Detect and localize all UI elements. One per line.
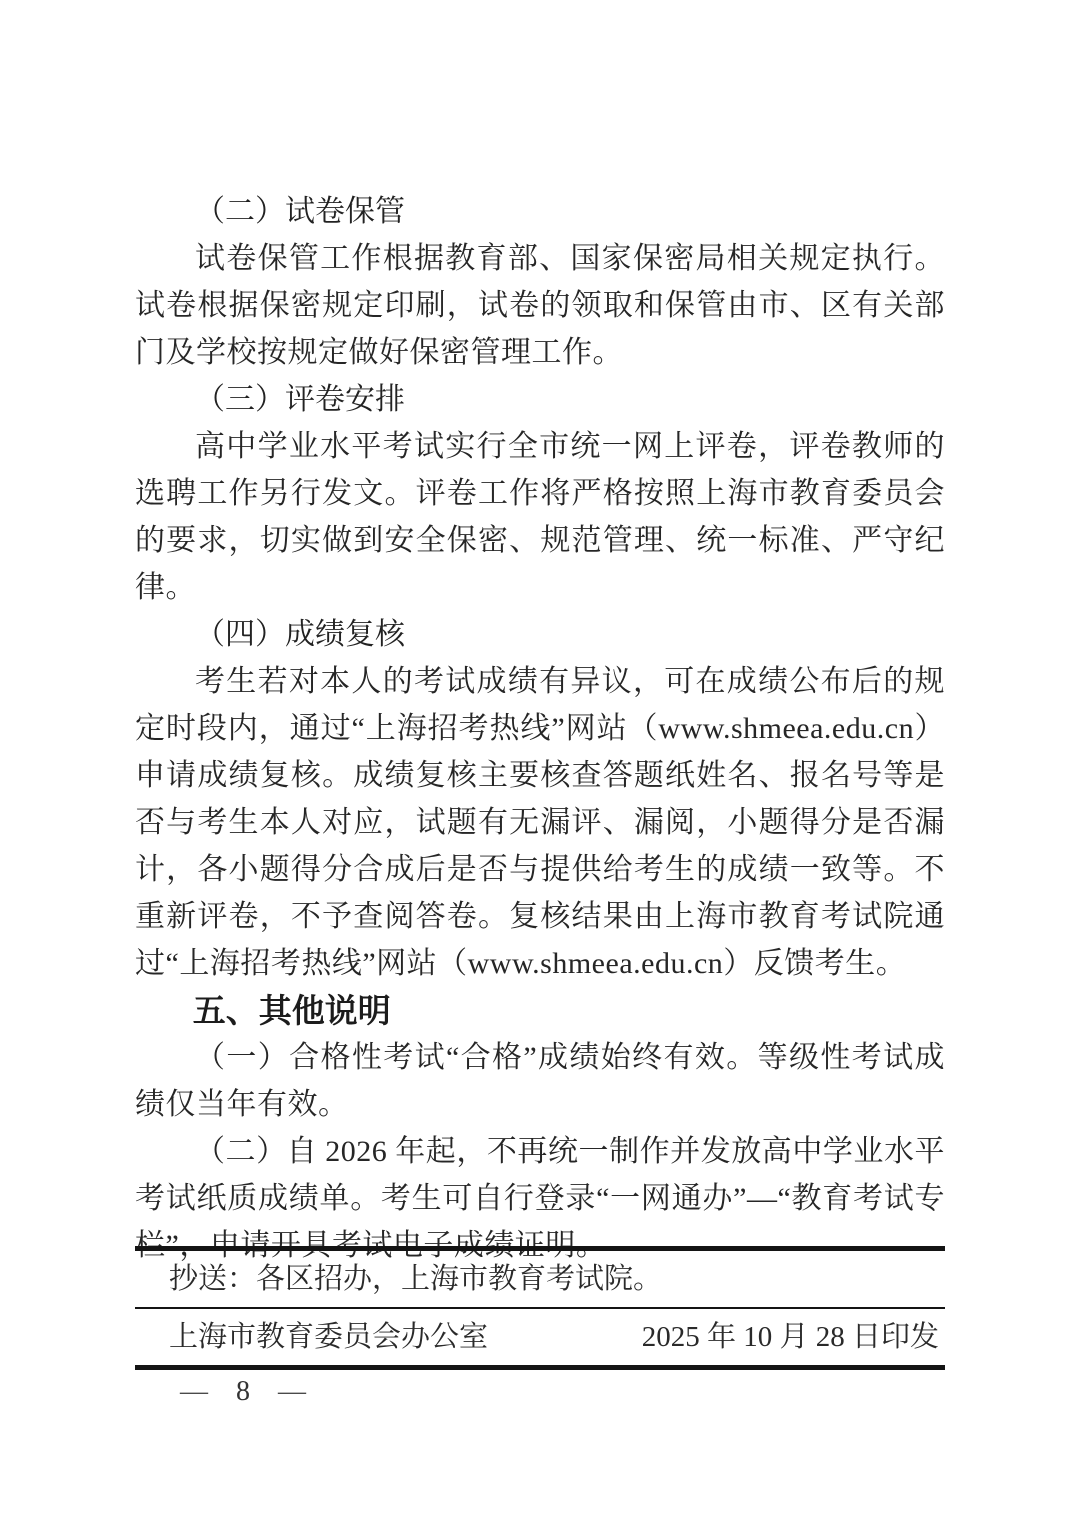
page-number-value: 8 — [236, 1376, 250, 1408]
issuer-office: 上海市教育委员会办公室 — [135, 1318, 488, 1356]
issue-date: 2025 年 10 月 28 日印发 — [642, 1318, 945, 1356]
section-heading-score-review: （四）成绩复核 — [135, 611, 945, 658]
page-number-dash-left: — — [180, 1376, 208, 1408]
paragraph-marking-arrangement: 高中学业水平考试实行全市统一网上评卷，评卷教师的选聘工作另行发文。评卷工作将严格… — [135, 423, 945, 611]
section-heading-exam-paper-storage: （二）试卷保管 — [135, 188, 945, 235]
issue-row: 上海市教育委员会办公室 2025 年 10 月 28 日印发 — [135, 1309, 945, 1365]
paragraph-other-notes-1: （一）合格性考试“合格”成绩始终有效。等级性考试成绩仅当年有效。 — [135, 1034, 945, 1128]
divider-thick-bottom — [135, 1365, 945, 1370]
paragraph-exam-paper-storage: 试卷保管工作根据教育部、国家保密局相关规定执行。试卷根据保密规定印刷，试卷的领取… — [135, 235, 945, 376]
page-number-dash-right: — — [278, 1376, 306, 1408]
page-number: — 8 — — [180, 1376, 306, 1408]
cc-line: 抄送：各区招办，上海市教育考试院。 — [135, 1251, 945, 1307]
paragraph-score-review: 考生若对本人的考试成绩有异议，可在成绩公布后的规定时段内，通过“上海招考热线”网… — [135, 658, 945, 987]
document-page: （二）试卷保管 试卷保管工作根据教育部、国家保密局相关规定执行。试卷根据保密规定… — [0, 0, 1080, 1527]
document-body: （二）试卷保管 试卷保管工作根据教育部、国家保密局相关规定执行。试卷根据保密规定… — [135, 188, 945, 1269]
section-heading-other-notes: 五、其他说明 — [135, 987, 945, 1034]
document-footer: 抄送：各区招办，上海市教育考试院。 上海市教育委员会办公室 2025 年 10 … — [135, 1246, 945, 1370]
section-heading-marking-arrangement: （三）评卷安排 — [135, 376, 945, 423]
